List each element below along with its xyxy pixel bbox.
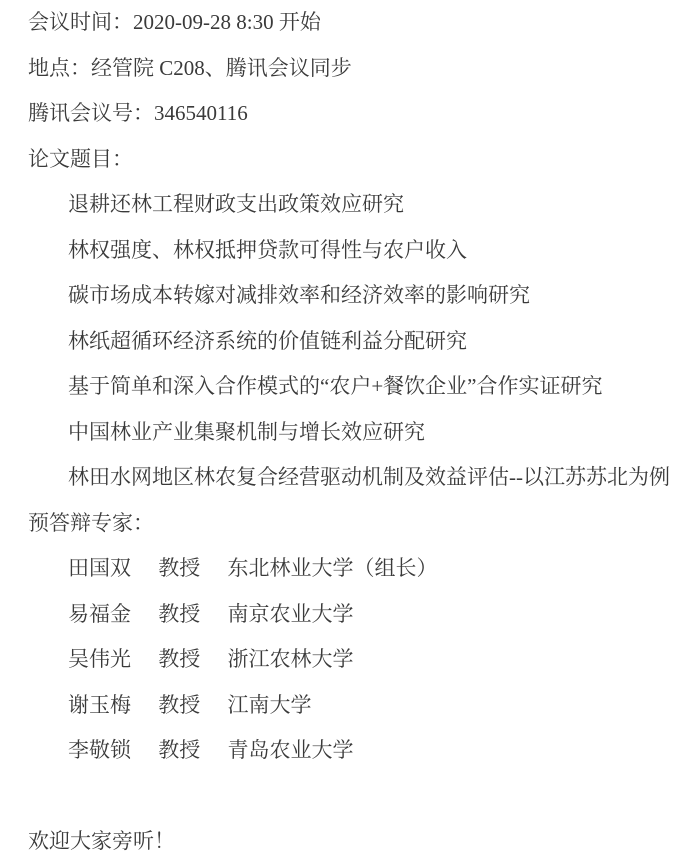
thesis-title-4: 林纸超循环经济系统的价值链利益分配研究: [28, 319, 674, 365]
expert-name: 李敬锁: [68, 728, 131, 774]
expert-row-3: 吴伟光 教授 浙江农林大学: [28, 637, 674, 683]
expert-title: 教授: [158, 546, 200, 592]
blank-line: [28, 774, 674, 820]
expert-affiliation: 东北林业大学（组长）: [228, 546, 438, 592]
thesis-title-7: 林田水网地区林农复合经营驱动机制及效益评估--以江苏苏北为例: [28, 455, 674, 501]
thesis-title-6: 中国林业产业集聚机制与增长效应研究: [28, 410, 674, 456]
thesis-section-label: 论文题目：: [28, 137, 674, 183]
document-page: 会议时间：2020-09-28 8:30 开始 地点：经管院 C208、腾讯会议…: [0, 0, 686, 857]
expert-name: 吴伟光: [68, 637, 131, 683]
thesis-title-3: 碳市场成本转嫁对减排效率和经济效率的影响研究: [28, 273, 674, 319]
location-line: 地点：经管院 C208、腾讯会议同步: [28, 46, 674, 92]
expert-title: 教授: [158, 683, 200, 729]
meeting-time-line: 会议时间：2020-09-28 8:30 开始: [28, 0, 674, 46]
expert-name: 谢玉梅: [68, 683, 131, 729]
expert-title: 教授: [158, 637, 200, 683]
expert-affiliation: 浙江农林大学: [228, 637, 354, 683]
expert-title: 教授: [158, 592, 200, 638]
expert-row-1: 田国双 教授 东北林业大学（组长）: [28, 546, 674, 592]
thesis-title-5: 基于简单和深入合作模式的“农户+餐饮企业”合作实证研究: [28, 364, 674, 410]
expert-name: 易福金: [68, 592, 131, 638]
expert-title: 教授: [158, 728, 200, 774]
expert-row-4: 谢玉梅 教授 江南大学: [28, 683, 674, 729]
expert-affiliation: 青岛农业大学: [228, 728, 354, 774]
expert-row-5: 李敬锁 教授 青岛农业大学: [28, 728, 674, 774]
expert-affiliation: 南京农业大学: [228, 592, 354, 638]
closing-line: 欢迎大家旁听！: [28, 819, 674, 857]
expert-affiliation: 江南大学: [228, 683, 312, 729]
experts-section-label: 预答辩专家：: [28, 501, 674, 547]
expert-row-2: 易福金 教授 南京农业大学: [28, 592, 674, 638]
thesis-title-2: 林权强度、林权抵押贷款可得性与农户收入: [28, 228, 674, 274]
meeting-id-line: 腾讯会议号：346540116: [28, 91, 674, 137]
expert-name: 田国双: [68, 546, 131, 592]
thesis-title-1: 退耕还林工程财政支出政策效应研究: [28, 182, 674, 228]
